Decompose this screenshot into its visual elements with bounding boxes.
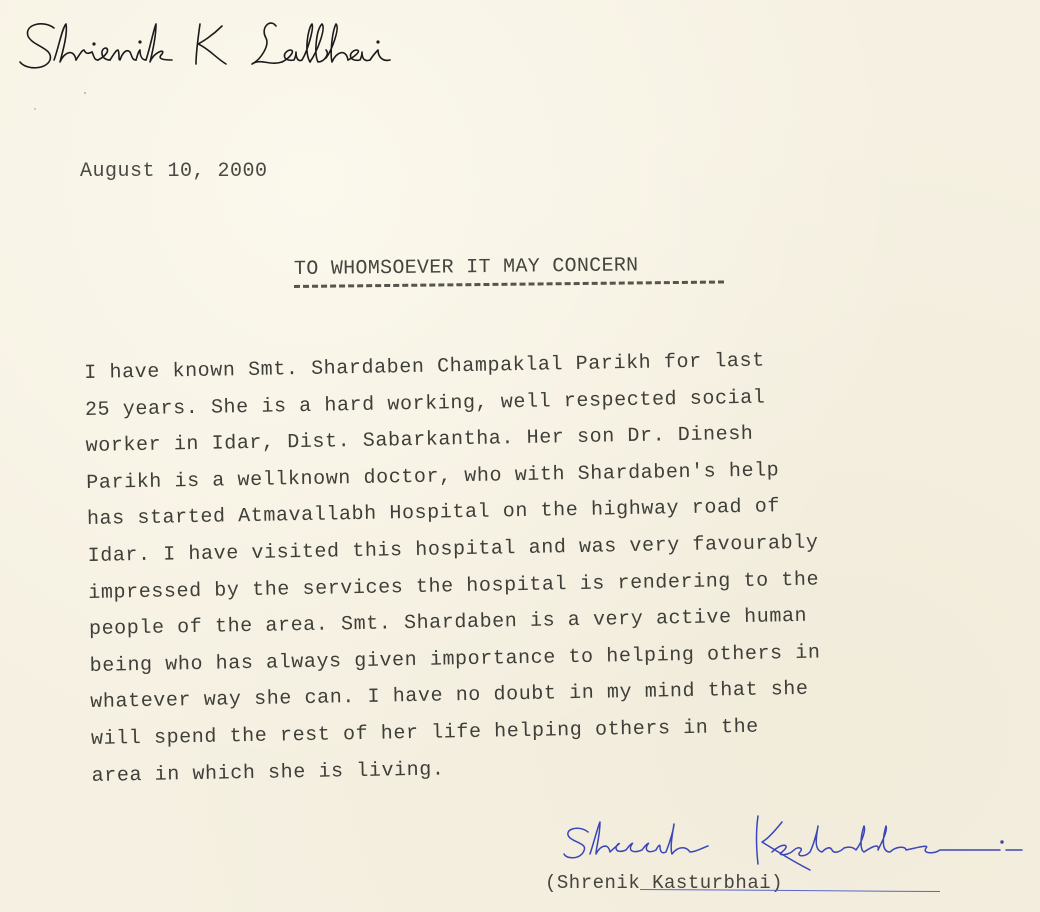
subject-dashed-underline xyxy=(294,280,724,288)
handwritten-signature xyxy=(560,812,1030,872)
paper-speck xyxy=(34,108,36,110)
letter-paper: August 10, 2000 TO WHOMSOEVER IT MAY CON… xyxy=(0,0,1040,912)
paper-speck xyxy=(84,92,86,94)
letter-subject: TO WHOMSOEVER IT MAY CONCERN xyxy=(294,254,639,281)
letter-body: I have known Smt. Shardaben Champaklal P… xyxy=(84,340,992,796)
letterhead-script-icon xyxy=(14,14,414,78)
signature-scribble-icon xyxy=(560,812,1030,872)
letter-date: August 10, 2000 xyxy=(80,160,268,183)
letterhead-name xyxy=(14,14,414,78)
